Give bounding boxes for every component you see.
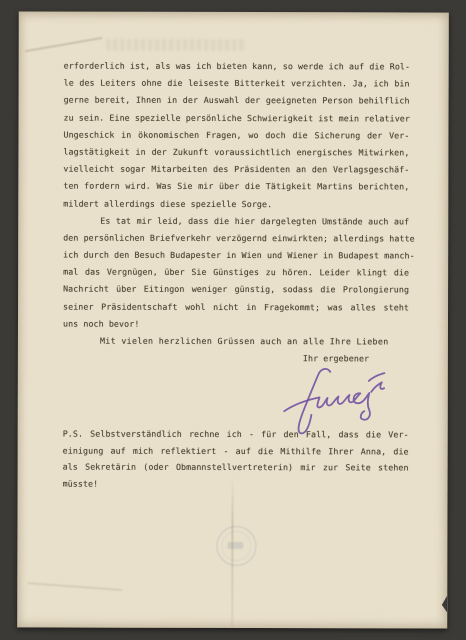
- letter-line: Nachricht über Eitingon weniger günstig,…: [63, 281, 409, 299]
- closing-line: Mit vielen herzlichen Grüssen auch an al…: [63, 333, 409, 351]
- letter-line: einigung auf mich reflektiert - auf die …: [63, 442, 409, 459]
- letter-line: erforderlich ist, als was ich bieten kan…: [64, 58, 410, 76]
- letter-line: zu sein. Eine spezielle persönliche Schw…: [64, 109, 410, 127]
- letter-body: erforderlich ist, als was ich bieten kan…: [63, 58, 410, 368]
- letter-line: seiner Präsidentschaft wohl nicht in Fra…: [63, 298, 409, 316]
- letter-line: le des Leiters ohne die leiseste Bitterk…: [64, 75, 410, 93]
- letter-line: vielleicht sogar Mitarbeiten des Präside…: [63, 161, 409, 179]
- letter-body-lines: erforderlich ist, als was ich bieten kan…: [63, 58, 410, 334]
- letter-line: mildert allerdings diese spezielle Sorge…: [63, 195, 409, 213]
- letter-line: mal das Vergnügen, über Sie Günstiges zu…: [63, 264, 409, 282]
- stamp-center-mark: [227, 542, 243, 549]
- letter-line: müsste!: [63, 475, 409, 492]
- signature-i-dash: [368, 373, 384, 381]
- letter-line: uns noch bevor!: [63, 315, 409, 333]
- letter-line: ten fordern wird. Was Sie mir über die T…: [63, 178, 409, 196]
- letter-line: Es tat mir leid, dass die hier dargelegt…: [63, 212, 409, 230]
- archive-stamp-icon: [216, 526, 256, 566]
- letter-line: P.S. Selbstverständlich rechne ich - für…: [63, 426, 409, 443]
- photo-background: erforderlich ist, als was ich bieten kan…: [0, 0, 466, 640]
- letter-line: gerne bereit, Ihnen in der Auswahl der g…: [64, 92, 410, 110]
- signature-main-stroke: [283, 382, 386, 423]
- letter-line: als Sekretärin (oder Obmannstellvertrete…: [63, 459, 409, 476]
- letter-line: ich durch den Besuch Budapester in Wien …: [63, 247, 409, 265]
- paper-crease-bottom-left: [27, 582, 122, 590]
- letter-line: lagstätigkeit in der Zukunft voraussicht…: [63, 143, 409, 161]
- paper-crease-top-left: [25, 37, 102, 52]
- postscript-lines: P.S. Selbstverständlich rechne ich - für…: [63, 426, 409, 493]
- letter-line: den persönlichen Briefverkehr verzögernd…: [63, 229, 409, 247]
- ink-transfer-smudge: [107, 39, 247, 51]
- postscript-block: P.S. Selbstverständlich rechne ich - für…: [63, 426, 409, 493]
- letter-page: erforderlich ist, als was ich bieten kan…: [17, 11, 449, 628]
- letter-line: Ungeschick in ökonomischen Fragen, wo do…: [63, 126, 409, 144]
- paper-edge-notch: [441, 596, 447, 613]
